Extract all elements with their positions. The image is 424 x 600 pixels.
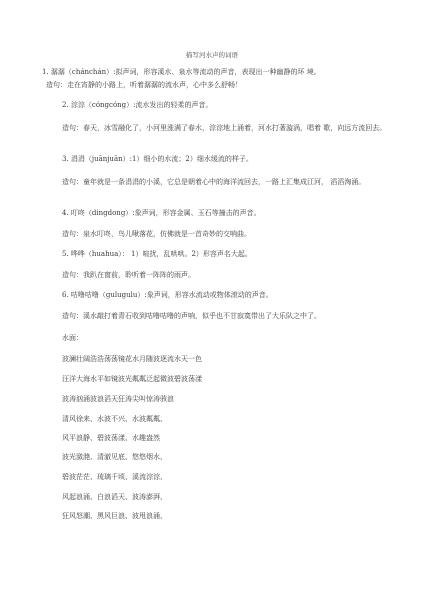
phrase-line: 波光潋滟、清澈见底、悠悠烟水、 xyxy=(62,453,167,462)
entry-1-example: 造句：走在宵静的小路上，听着潺潺的流水声，心中多么舒畅！ xyxy=(46,81,242,90)
phrase-line: 风平浪静、碧波荡漾、水趣盎然 xyxy=(62,434,160,443)
phrase-line: 波澜壮阔浩浩荡荡镜花水月随波逐流水天一色 xyxy=(62,355,202,364)
entry-2-heading: 2. 淙淙（cóngcóng）:流水发出的轻柔的声音。 xyxy=(62,101,213,110)
phrase-line: 碧波茫茫、琉璃千顷、溪流淙淙、 xyxy=(62,473,167,482)
phrase-line: 清风徐来、水波不兴、水波粼粼、 xyxy=(62,415,167,424)
entry-3-heading: 3. 涓涓（juānjuān）:1）细小的水流；2）细水缓流的样子。 xyxy=(62,155,253,164)
entry-5-heading: 5. 哗哗（huahua）： 1）喧扰，乱哄哄。2）形容声名大起。 xyxy=(62,250,252,259)
phrase-line: 汪洋大海水平如镜波光粼粼泛起微波碧波荡漾 xyxy=(62,375,202,384)
phrase-line: 狂风怒潮、黑风巨浪、波甩浪涌、 xyxy=(62,512,167,521)
entry-3-example: 造句：童年就是一条涓涓的小溪，它总是朝着心中的海洋流回去，一路上汇集成江河， 滔… xyxy=(46,176,396,188)
entry-6-heading: 6. 咕噜咕噜（gulugulu）:象声词，形容水流动或物体滚动的声音。 xyxy=(62,291,273,300)
document-title: 描写河水声的词语 xyxy=(0,50,424,59)
section-label: 水面： xyxy=(62,334,83,343)
entry-1-heading: 1. 潺潺（chánchán）:拟声词，形容溪水、泉水等流动的声音，表现出一种幽… xyxy=(26,66,406,78)
phrase-line: 风起浪涌、白浪滔天、波涛澎湃、 xyxy=(62,493,167,502)
entry-4-example: 造句：泉水叮咚，鸟儿啾落花，仿佛就是一首奇妙的交响曲。 xyxy=(62,230,251,239)
entry-5-example: 造句：我趴在窗前，聆听着一阵阵的雨声。 xyxy=(62,271,195,280)
phrase-line: 波涛汹涌波浪滔天狂涛尖叫惊涛骇浪 xyxy=(62,395,174,404)
entry-6-example: 造句：溪水敲打着青石收到咕噜咕噜的声响，似乎也不甘寂寞带出了大乐队之中了。 xyxy=(62,312,321,321)
entry-2-example: 造句：春天，冰雪融化了，小河里涨满了春水，淙淙地上涌着，河水打著漩涡，唱着 歌，… xyxy=(46,122,396,134)
document-page: 描写河水声的词语 1. 潺潺（chánchán）:拟声词，形容溪水、泉水等流动的… xyxy=(0,0,424,600)
entry-4-heading: 4. 叮咚（dingdong）:象声词，形容金属、玉石等撞击的声音。 xyxy=(62,209,261,218)
